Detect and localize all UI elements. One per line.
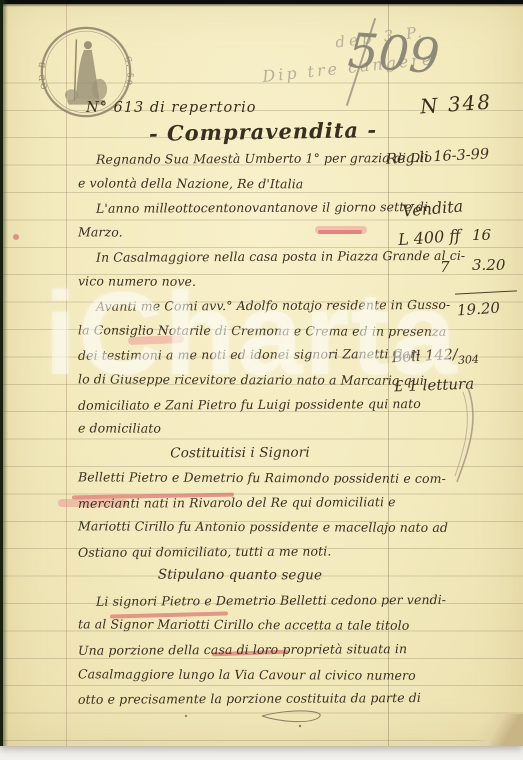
manuscript-heading: Stipulano quanto segue <box>78 567 396 585</box>
margin-note-fee-label: L 400 ff <box>397 226 461 249</box>
manuscript-line: Casalmaggiore lungo la Via Cavour al civ… <box>78 665 390 683</box>
margin-note-fee-value: 16 <box>472 226 491 244</box>
margin-note-bollo: Boll 142/304 <box>392 346 480 371</box>
stamp-left-text: OD B <box>38 60 50 91</box>
pencil-flourish-right <box>457 388 473 482</box>
manuscript-line: Belletti Pietro e Demetrio fu Raimondo p… <box>78 468 390 486</box>
manuscript-line: Una porzione della casa di loro propriet… <box>78 640 390 659</box>
manuscript-line: Ostiano qui domiciliato, tutti a me noti… <box>78 542 390 561</box>
manuscript-heading: Costituitisi i Signori <box>78 444 396 463</box>
manuscript-line: dei testimoni a me noti ed idonei signor… <box>78 346 390 365</box>
manuscript-line: vico numero nove. <box>78 272 390 290</box>
red-dot-margin <box>13 234 19 240</box>
scan-edge-left <box>0 0 8 746</box>
margin-note-total: 19.20 <box>456 299 500 320</box>
manuscript-line: e domiciliato <box>78 419 390 437</box>
paper-sheet: C. 50. OD B dep 3 P. Dip tre cangere 509… <box>0 0 523 746</box>
manuscript: Regnando Sua Maestà Umberto 1° per grazi… <box>78 0 390 746</box>
manuscript-line: lo di Giuseppe ricevitore daziario nato … <box>78 370 390 388</box>
bollo-denominator: 304 <box>458 353 480 367</box>
paper-corner-damage <box>473 714 523 746</box>
bollo-numerator: 142 <box>425 347 453 364</box>
document-number: N 348 <box>419 90 493 119</box>
manuscript-line: otto e precisamente la porzione costitui… <box>78 689 390 708</box>
margin-sum-rule <box>455 290 517 294</box>
manuscript-line: Li signori Pietro e Demetrio Belletti ce… <box>78 591 408 610</box>
manuscript-line: Mariotti Cirillo fu Antonio possidente e… <box>78 518 390 536</box>
margin-note-lettura: £ 1 lettura <box>394 375 475 396</box>
manuscript-line: mercianti nati in Rivarolo del Re qui do… <box>78 493 390 512</box>
manuscript-line: L'anno milleottocentonovantanove il gior… <box>78 198 408 217</box>
margin-note-tax-label: 7 <box>440 258 450 276</box>
scanned-document: C. 50. OD B dep 3 P. Dip tre cangere 509… <box>0 0 523 760</box>
scan-edge-top <box>0 0 523 7</box>
manuscript-line: domiciliato e Zani Pietro fu Luigi possi… <box>78 395 390 414</box>
manuscript-line: la Consiglio Notarile di Cremona e Crema… <box>78 321 390 339</box>
manuscript-line: ta al Signor Mariotti Cirillo che accett… <box>78 616 390 634</box>
margin-note-tax-value: 3.20 <box>472 256 505 274</box>
margin-note-vendita: Vendita <box>401 196 464 220</box>
manuscript-line: Marzo. <box>78 223 390 241</box>
manuscript-line: Avanti me Comi avv.° Adolfo notajo resid… <box>78 296 408 315</box>
manuscript-line: e volontà della Nazione, Re d'Italia <box>78 174 390 192</box>
svg-text:OD B: OD B <box>38 60 50 91</box>
manuscript-line: In Casalmaggiore nella casa posta in Pia… <box>78 247 408 266</box>
manuscript-line: Regnando Sua Maestà Umberto 1° per grazi… <box>78 149 408 168</box>
bollo-label: Boll <box>392 349 421 366</box>
